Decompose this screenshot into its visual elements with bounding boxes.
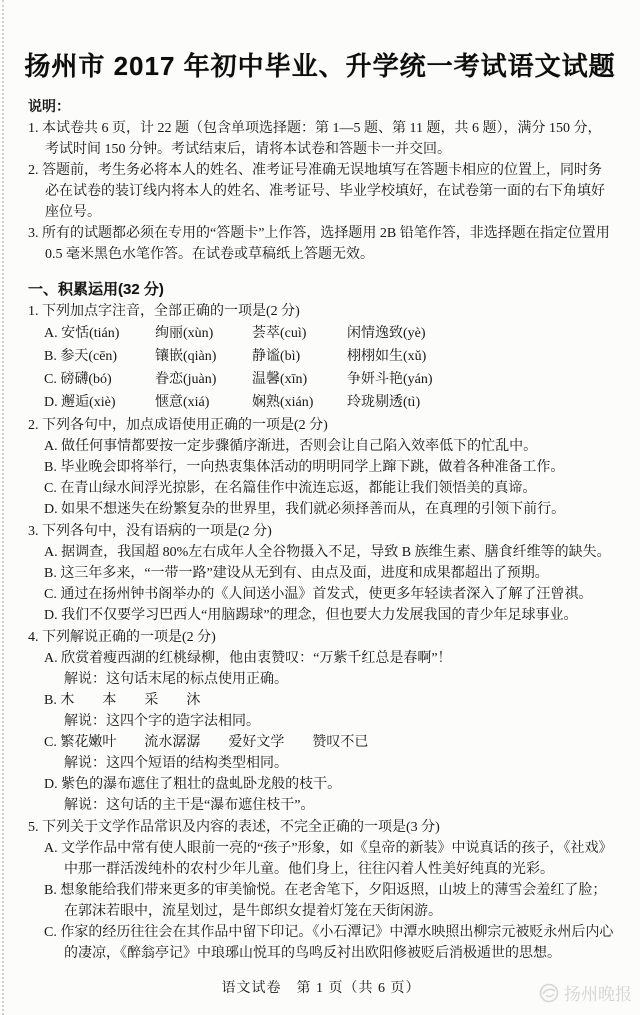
q1-a-word-3: 荟萃(cuì) [252,322,347,345]
question-4-option-d: D. 紫色的瀑布遮住了粗壮的盘虬卧龙般的枝干。 [28,774,614,795]
exam-body: 说明： 1. 本试卷共 6 页，计 22 题（包含单项选择题：第 1—5 题、第… [0,97,640,999]
question-4-explain-d: 解说：这句话的主干是“瀑布遮住枝干”。 [28,795,614,816]
question-5-option-a: A. 文学作品中常有使人眼前一亮的“孩子”形象，如《皇帝的新装》中说真话的孩子，… [28,838,614,880]
q1-c-word-2: 眷恋(juàn) [155,368,252,391]
notice-label: 说明： [28,97,614,118]
q1-c-word-1: C. 磅礴(bó) [44,368,155,391]
question-1-stem: 1. 下列加点字注音，全部正确的一项是(2 分) [28,301,614,322]
question-3-option-d: D. 我们不仅要学习巴西人“用脑踢球”的理念，但也要大力发展我国的青少年足球事业… [28,605,614,626]
q1-b-word-1: B. 参天(cēn) [44,345,155,368]
page-footer: 语文试卷 第 1 页（共 6 页） [28,978,614,999]
q1-c-word-4: 争妍斗艳(yán) [347,368,614,391]
yangzhou-evening-news-watermark: 扬州晚报 [538,980,632,1005]
question-1-row-d: D. 邂逅(xiè) 惬意(xiá) 娴熟(xián) 玲珑剔透(tì) [28,391,614,414]
q1-b-word-2: 镶嵌(qiàn) [155,345,252,368]
question-2-option-c: C. 在青山绿水间浮光掠影，在名篇佳作中流连忘返，都能让我们领悟美的真谛。 [28,478,614,499]
question-3-option-a: A. 据调查，我国超 80%左右成年人全谷物摄入不足，导致 B 族维生素、膳食纤… [28,542,614,563]
newspaper-logo-icon [538,982,560,1004]
question-3-stem: 3. 下列各句中，没有语病的一项是(2 分) [28,521,614,542]
question-3-option-b: B. 这三年多来，“一带一路”建设从无到有、由点及面，进度和成果都超出了预期。 [28,563,614,584]
q1-d-word-1: D. 邂逅(xiè) [44,391,155,414]
question-5-stem: 5. 下列关于文学作品常识及内容的表述，不完全正确的一项是(3 分) [28,817,614,838]
scan-speck [600,68,604,72]
question-2-option-a: A. 做任何事情都要按一定步骤循序渐进，否则会让自己陷入效率低下的忙乱中。 [28,436,614,457]
question-4-stem: 4. 下列解说正确的一项是(2 分) [28,627,614,648]
notice-item-1: 1. 本试卷共 6 页，计 22 题（包含单项选择题：第 1—5 题、第 11 … [28,118,614,160]
q1-d-word-2: 惬意(xiá) [155,391,252,414]
question-1-row-b: B. 参天(cēn) 镶嵌(qiàn) 静谧(bì) 栩栩如生(xǔ) [28,345,614,368]
q1-a-word-4: 闲情逸致(yè) [347,322,614,345]
question-2-option-d: D. 如果不想迷失在纷繁复杂的世界里，我们就必须择善而从，在真理的引领下前行。 [28,499,614,520]
q1-a-word-1: A. 安恬(tián) [44,322,155,345]
q1-b-word-4: 栩栩如生(xǔ) [347,345,614,368]
question-4-explain-c: 解说：这四个短语的结构类型相同。 [28,753,614,774]
question-4-option-b: B. 木 本 采 沐 [28,690,614,711]
notice-item-3: 3. 所有的试题都必须在专用的“答题卡”上作答，选择题用 2B 铅笔作答，非选择… [28,223,614,265]
q1-a-word-2: 绚丽(xùn) [155,322,252,345]
notice-item-2: 2. 答题前，考生务必将本人的姓名、准考证号准确无误地填写在答题卡相应的位置上，… [28,160,614,223]
q1-d-word-4: 玲珑剔透(tì) [347,391,614,414]
question-4-explain-a: 解说：这句话末尾的标点使用正确。 [28,669,614,690]
question-1-row-c: C. 磅礴(bó) 眷恋(juàn) 温馨(xīn) 争妍斗艳(yán) [28,368,614,391]
question-4-option-c: C. 繁花嫩叶 流水潺潺 爱好文学 赞叹不已 [28,732,614,753]
watermark-text: 扬州晚报 [564,980,632,1005]
q1-d-word-3: 娴熟(xián) [252,391,347,414]
question-5-option-b: B. 想象能给我们带来更多的审美愉悦。在老舍笔下，夕阳返照，山坡上的薄雪会羞红了… [28,880,614,922]
binding-edge-dots [2,0,4,1015]
exam-paper-page: 扬州市 2017 年初中毕业、升学统一考试语文试题 说明： 1. 本试卷共 6 … [0,0,640,1015]
exam-title: 扬州市 2017 年初中毕业、升学统一考试语文试题 [0,0,640,89]
q1-c-word-3: 温馨(xīn) [252,368,347,391]
question-4-option-a: A. 欣赏着瘦西湖的红桃绿柳，他由衷赞叹：“万紫千红总是春啊”！ [28,648,614,669]
question-3-option-c: C. 通过在扬州钟书阁举办的《人间送小温》首发式，使更多年轻读者深入了解了汪曾祺… [28,584,614,605]
q1-b-word-3: 静谧(bì) [252,345,347,368]
question-4-explain-b: 解说：这四个字的造字法相同。 [28,711,614,732]
question-1-row-a: A. 安恬(tián) 绚丽(xùn) 荟萃(cuì) 闲情逸致(yè) [28,322,614,345]
question-2-option-b: B. 毕业晚会即将举行，一向热衷集体活动的明明同学上蹿下跳，做着各种准备工作。 [28,457,614,478]
question-2-stem: 2. 下列各句中，加点成语使用正确的一项是(2 分) [28,415,614,436]
section-heading: 一、积累运用(32 分) [28,279,614,300]
question-5-option-c: C. 作家的经历往往会在其作品中留下印记。《小石潭记》中潭水映照出柳宗元被贬永州… [28,922,614,964]
